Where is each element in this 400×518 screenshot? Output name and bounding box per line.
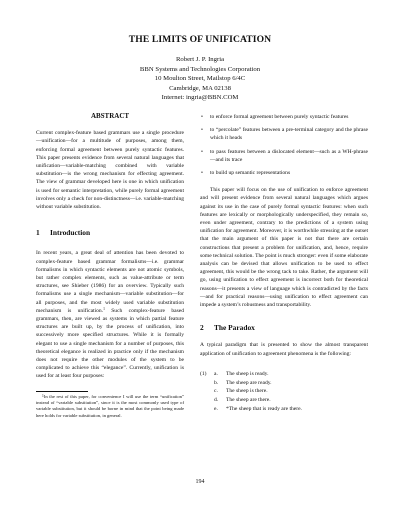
example-row: (1)a.The sheep is ready. [200,370,368,379]
example-row: c.The sheep is there. [200,387,368,396]
example-row: d.The sheep are there. [200,396,368,405]
list-item-text: to pass features between a dislocated el… [210,149,368,163]
bullet-icon: • [201,126,203,134]
footnote-number: 1 [42,394,44,398]
example-letter: b. [214,379,226,388]
author-email: Internet: ingria@BBN.COM [0,93,400,103]
example-letter: a. [214,370,226,379]
example-list: (1)a.The sheep is ready. b.The sheep are… [200,370,368,414]
intro-text-part2: Such complex-feature based grammars, the… [36,308,184,380]
section-heading-paradox: 2The Paradox [200,324,368,332]
list-item: •to enforce formal agreement between pur… [200,113,368,121]
right-column: •to enforce formal agreement between pur… [200,113,368,413]
example-row: e.*The sheep that is ready are there. [200,405,368,414]
footnote-text: In the rest of this paper, for convenien… [36,394,184,418]
author-city: Cambridge, MA 02138 [0,84,400,94]
footnote-marker: 1 [103,307,105,311]
page-number: 194 [0,479,400,485]
example-letter: e. [214,405,226,414]
list-item-text: to “percolate” features between a pre-te… [210,127,368,141]
paradox-paragraph: A typical paradigm that is presented to … [200,341,368,357]
bullet-icon: • [201,148,203,156]
author-street: 10 Moulton Street, Mailstop 6/4C [0,74,400,84]
example-number: (1) [200,370,214,379]
left-column: ABSTRACT Current complex-feature based g… [36,112,184,419]
footnote: 1In the rest of this paper, for convenie… [36,394,184,419]
purposes-list: •to enforce formal agreement between pur… [200,113,368,177]
section-title: The Paradox [214,323,255,332]
list-item-text: to build up semantic representations [210,170,290,176]
list-item-text: to enforce formal agreement between pure… [210,114,348,120]
example-text: *The sheep that is ready are there. [226,405,302,414]
abstract-text: Current complex-feature based grammars u… [36,129,184,211]
example-text: The sheep is there. [226,387,268,396]
example-text: The sheep are ready. [226,379,272,388]
example-text: The sheep are there. [226,396,271,405]
author-name: Robert J. P. Ingria [0,55,400,65]
example-letter: c. [214,387,226,396]
list-item: •to pass features between a dislocated e… [200,148,368,164]
paper-title: THE LIMITS OF UNIFICATION [0,34,400,45]
bullet-icon: • [201,113,203,121]
focus-paragraph: This paper will focus on the use of unif… [200,186,368,309]
example-row: b.The sheep are ready. [200,379,368,388]
abstract-heading: ABSTRACT [36,112,184,120]
example-letter: d. [214,396,226,405]
section-title: Introduction [50,228,90,237]
author-block: Robert J. P. Ingria BBN Systems and Tech… [0,55,400,103]
section-number: 1 [36,229,50,237]
list-item: •to “percolate” features between a pre-t… [200,126,368,142]
list-item: •to build up semantic representations [200,169,368,177]
author-affiliation: BBN Systems and Technologies Corporation [0,65,400,75]
footnote-divider [36,391,88,392]
section-heading-introduction: 1Introduction [36,229,184,237]
bullet-icon: • [201,169,203,177]
example-text: The sheep is ready. [226,370,268,379]
section-number: 2 [200,324,214,332]
intro-text-part1: In recent years, a great deal of attenti… [36,250,184,313]
introduction-paragraph: In recent years, a great deal of attenti… [36,249,184,380]
